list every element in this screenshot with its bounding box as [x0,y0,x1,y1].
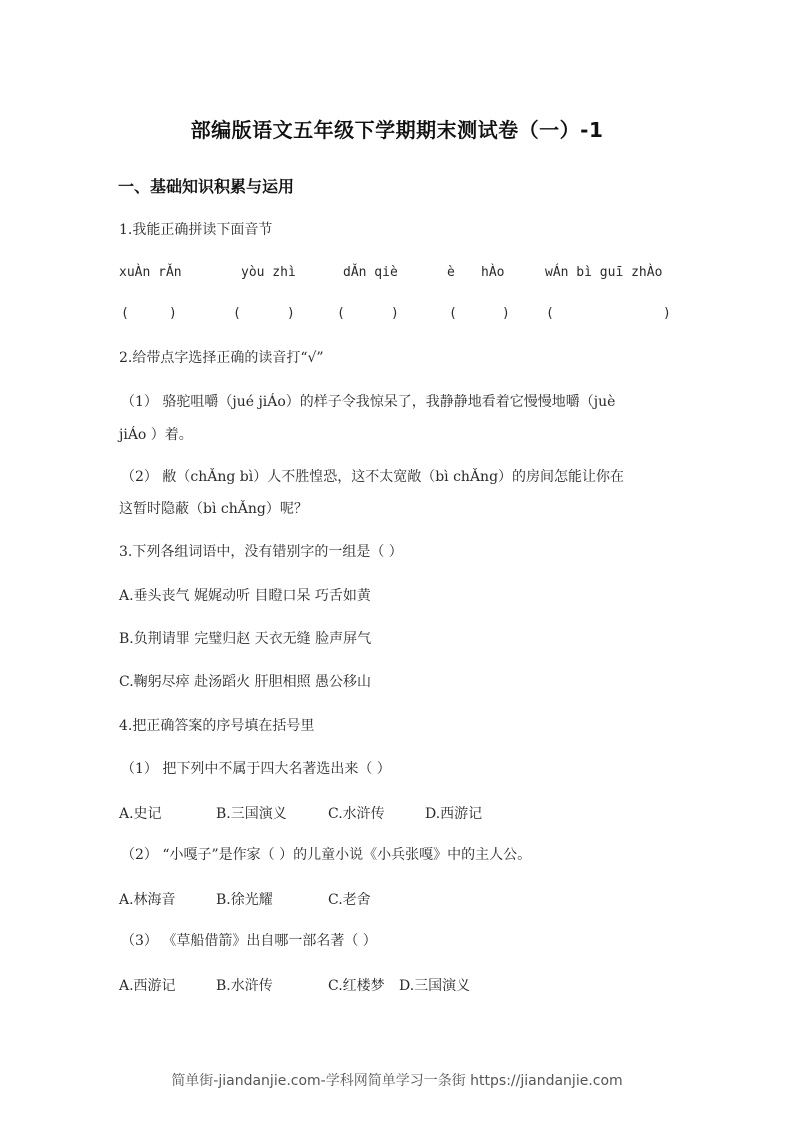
option-c: C.老舍 [328,889,371,909]
section-heading: 一、基础知识积累与运用 [118,174,294,197]
question-2-sub2-line1: （2） 敝（chǍng bì）人不胜惶恐，这不太宽敞（bì chǍng）的房间怎… [121,468,624,486]
question-3-option-c: C.鞠躬尽瘁 赴汤蹈火 肝胆相照 愚公移山 [119,673,371,691]
question-4-sub3-options: A.西游记 B.水浒传 C.红楼梦 D.三国演义 [119,975,679,995]
pinyin-item: yòu zhì [241,265,296,280]
answer-brackets-row: ( ) ( ) ( ) ( ) ( ) [119,306,679,326]
pinyin-item: xuÀn rǍn [119,265,182,280]
exam-page: 部编版语文五年级下学期期末测试卷（一）-1 一、基础知识积累与运用 1.我能正确… [0,0,794,1122]
question-3-option-b: B.负荆请罪 完璧归赵 天衣无缝 脸声屏气 [119,630,371,648]
option-d: D.三国演义 [399,975,470,995]
open-bracket: ( [233,306,241,321]
close-bracket: ) [663,306,671,321]
question-3-prompt: 3.下列各组词语中，没有错别字的一组是（ ） [119,543,403,561]
option-b: B.徐光耀 [216,889,273,909]
pinyin-item: wÁn bì guī zhÀo [545,265,662,280]
open-bracket: ( [337,306,345,321]
open-bracket: ( [121,306,129,321]
footer-watermark: 简单街-jiandanjie.com-学科网简单学习一条街 https://ji… [0,1070,794,1090]
page-title: 部编版语文五年级下学期期末测试卷（一）-1 [0,114,794,143]
question-4-prompt: 4.把正确答案的序号填在括号里 [119,717,314,735]
option-a: A.史记 [119,803,162,823]
close-bracket: ) [287,306,295,321]
pinyin-item: dǍn qiè [343,265,398,280]
open-bracket: ( [546,306,554,321]
pinyin-item: è [447,265,455,280]
option-b: B.三国演义 [216,803,287,823]
question-4-sub2-options: A.林海音 B.徐光耀 C.老舍 [119,889,679,909]
pinyin-item: hÀo [481,265,504,280]
option-c: C.红楼梦 [328,975,385,995]
close-bracket: ) [169,306,177,321]
option-d: D.西游记 [425,803,482,823]
pinyin-row: xuÀn rǍn yòu zhì dǍn qiè è hÀo wÁn bì gu… [119,265,679,285]
question-4-sub1-prompt: （1） 把下列中不属于四大名著选出来（ ） [121,760,391,778]
question-2-sub1-line1: （1） 骆驼咀嚼（jué jiÁo）的样子令我惊呆了，我静静地看着它慢慢地嚼（j… [121,393,615,411]
question-1-prompt: 1.我能正确拼读下面音节 [119,221,272,239]
question-4-sub3-prompt: （3） 《草船借箭》出自哪一部名著（ ） [121,932,377,950]
question-4-sub2-prompt: （2） “小嘎子”是作家（ ）的儿童小说《小兵张嘎》中的主人公。 [121,846,531,864]
question-2-sub1-line2: jiÁo ）着。 [119,426,193,444]
close-bracket: ) [391,306,399,321]
question-4-sub1-options: A.史记 B.三国演义 C.水浒传 D.西游记 [119,803,679,823]
open-bracket: ( [449,306,457,321]
question-2-prompt: 2.给带点字选择正确的读音打“√” [119,349,324,367]
question-2-sub2-line2: 这暂时隐蔽（bì chǍng）呢？ [119,500,308,518]
option-b: B.水浒传 [216,975,273,995]
option-c: C.水浒传 [328,803,385,823]
option-a: A.西游记 [119,975,176,995]
option-a: A.林海音 [119,889,176,909]
close-bracket: ) [502,306,510,321]
question-3-option-a: A.垂头丧气 娓娓动听 目瞪口呆 巧舌如黄 [119,587,371,605]
